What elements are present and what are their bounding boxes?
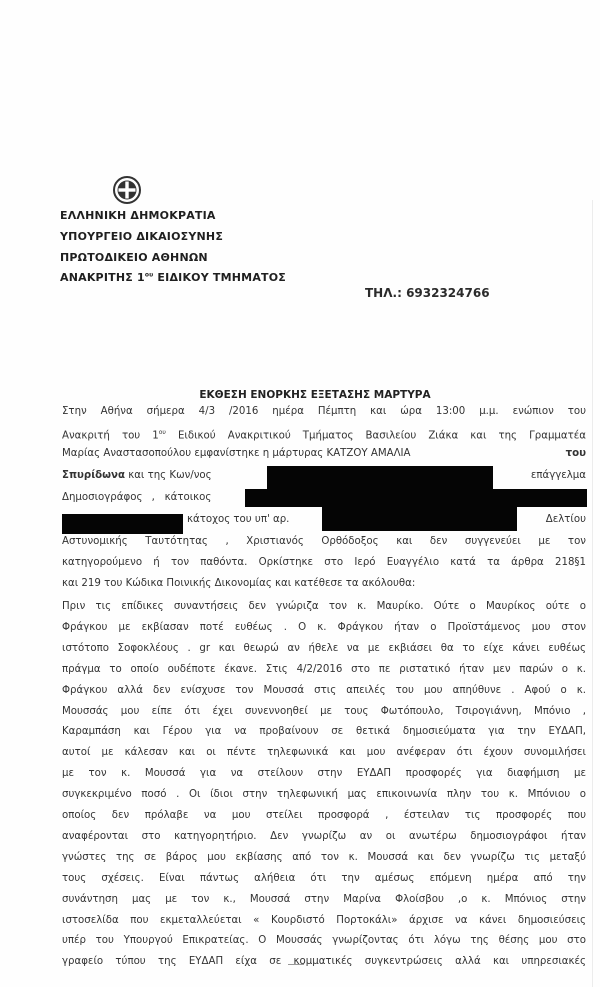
testimony-line: συγκεκριμένο ποσό . Οι ίδιοι στην τηλεφω… — [62, 788, 586, 802]
testimony-line: τους σχέσεις. Είναι πάντως αλήθεια ότι τ… — [62, 872, 586, 886]
redaction-bar — [62, 514, 183, 534]
testimony-line: Καραμπάση και Γέρου για να προβαίνουν σε… — [62, 725, 586, 739]
page-mark — [288, 964, 304, 965]
intro-line-9: και 219 του Κώδικα Ποινικής Δικονομίας κ… — [62, 577, 586, 591]
header-court: ΠΡΩΤΟΔΙΚΕΙΟ ΑΘΗΝΩΝ — [60, 251, 208, 264]
greek-coat-of-arms-icon — [112, 175, 142, 205]
testimony-line: ιστότοπο Σοφοκλέους . gr και θεωρώ αν ήθ… — [62, 642, 586, 656]
testimony-line: Φράγκου με εκβίασαν ποτέ ευθέως . Ο κ. Φ… — [62, 621, 586, 635]
phone-label: ΤΗΛ.: — [365, 286, 402, 300]
header-ministry: ΥΠΟΥΡΓΕΙΟ ΔΙΚΑΙΟΣΥΝΗΣ — [60, 230, 223, 243]
testimony-line: γραφείο τύπου της ΕΥΔΑΠ είχα σε κομματικ… — [62, 955, 586, 969]
intro-line-1: Στην Αθήνα σήμερα 4/3 /2016 ημέρα Πέμπτη… — [62, 405, 586, 419]
intro-line-2: Ανακριτή του 1ου Ειδικού Ανακριτικού Τμή… — [62, 426, 586, 443]
phone-line: ΤΗΛ.: 6932324766 — [365, 286, 490, 300]
redaction-bar — [267, 466, 493, 490]
testimony-line: συνάντηση μας με τον κ., Μουσσά στην Μαρ… — [62, 893, 586, 907]
redaction-bar — [245, 489, 587, 507]
intro-line-7: Αστυνομικής Ταυτότητας , Χριστιανός Ορθό… — [62, 535, 586, 549]
testimony-line: Πριν τις επίδικες συναντήσεις δεν γνώριζ… — [62, 600, 586, 614]
testimony-line: Μουσσάς μου είπε ότι έχει συνεννοηθεί με… — [62, 705, 586, 719]
testimony-line: ιστοσελίδα που εκμεταλλεύεται « Κουρδιστ… — [62, 914, 586, 928]
header-department: ΑΝΑΚΡΙΤΗΣ 1ου ΕΙΔΙΚΟΥ ΤΜΗΜΑΤΟΣ — [60, 271, 286, 284]
intro-line-8: κατηγορούμενο ή τον παθόντα. Ορκίστηκε σ… — [62, 556, 586, 570]
testimony-line: αυτοί με κάλεσαν και οι πέντε τηλεφωνικά… — [62, 746, 586, 760]
testimony-line: με τον κ. Μουσσά για να στείλουν στην ΕΥ… — [62, 767, 586, 781]
scan-edge-line — [592, 200, 593, 987]
testimony-line: γνώστες της σε βάρος μου εκβίασης από το… — [62, 851, 586, 865]
testimony-line: αναφέρονται στο κατηγορητήριο. Δεν γνωρί… — [62, 830, 586, 844]
testimony-line: πράγμα το οποίο ουδέποτε έκανε. Στις 4/2… — [62, 663, 586, 677]
document-page: ΕΛΛΗΝΙΚΗ ΔΗΜΟΚΡΑΤΙΑ ΥΠΟΥΡΓΕΙΟ ΔΙΚΑΙΟΣΥΝΗ… — [0, 0, 600, 987]
redaction-bar — [322, 506, 517, 531]
document-title: ΕΚΘΕΣΗ ΕΝΟΡΚΗΣ ΕΞΕΤΑΣΗΣ ΜΑΡΤΥΡΑ — [0, 389, 600, 401]
testimony-line: οποίος δεν πρόλαβε να μου στείλει προσφο… — [62, 809, 586, 823]
intro-line-3: Μαρίας Αναστασοπούλου εμφανίστηκε η μάρτ… — [62, 447, 586, 461]
phone-number: 6932324766 — [406, 286, 490, 300]
testimony-line: Φράγκου αλλά δεν ενίσχυσε τον Μουσσά στι… — [62, 684, 586, 698]
header-republic: ΕΛΛΗΝΙΚΗ ΔΗΜΟΚΡΑΤΙΑ — [60, 209, 216, 222]
testimony-line: υπέρ του Υπουργού Επικρατείας. Ο Μουσσάς… — [62, 934, 586, 948]
